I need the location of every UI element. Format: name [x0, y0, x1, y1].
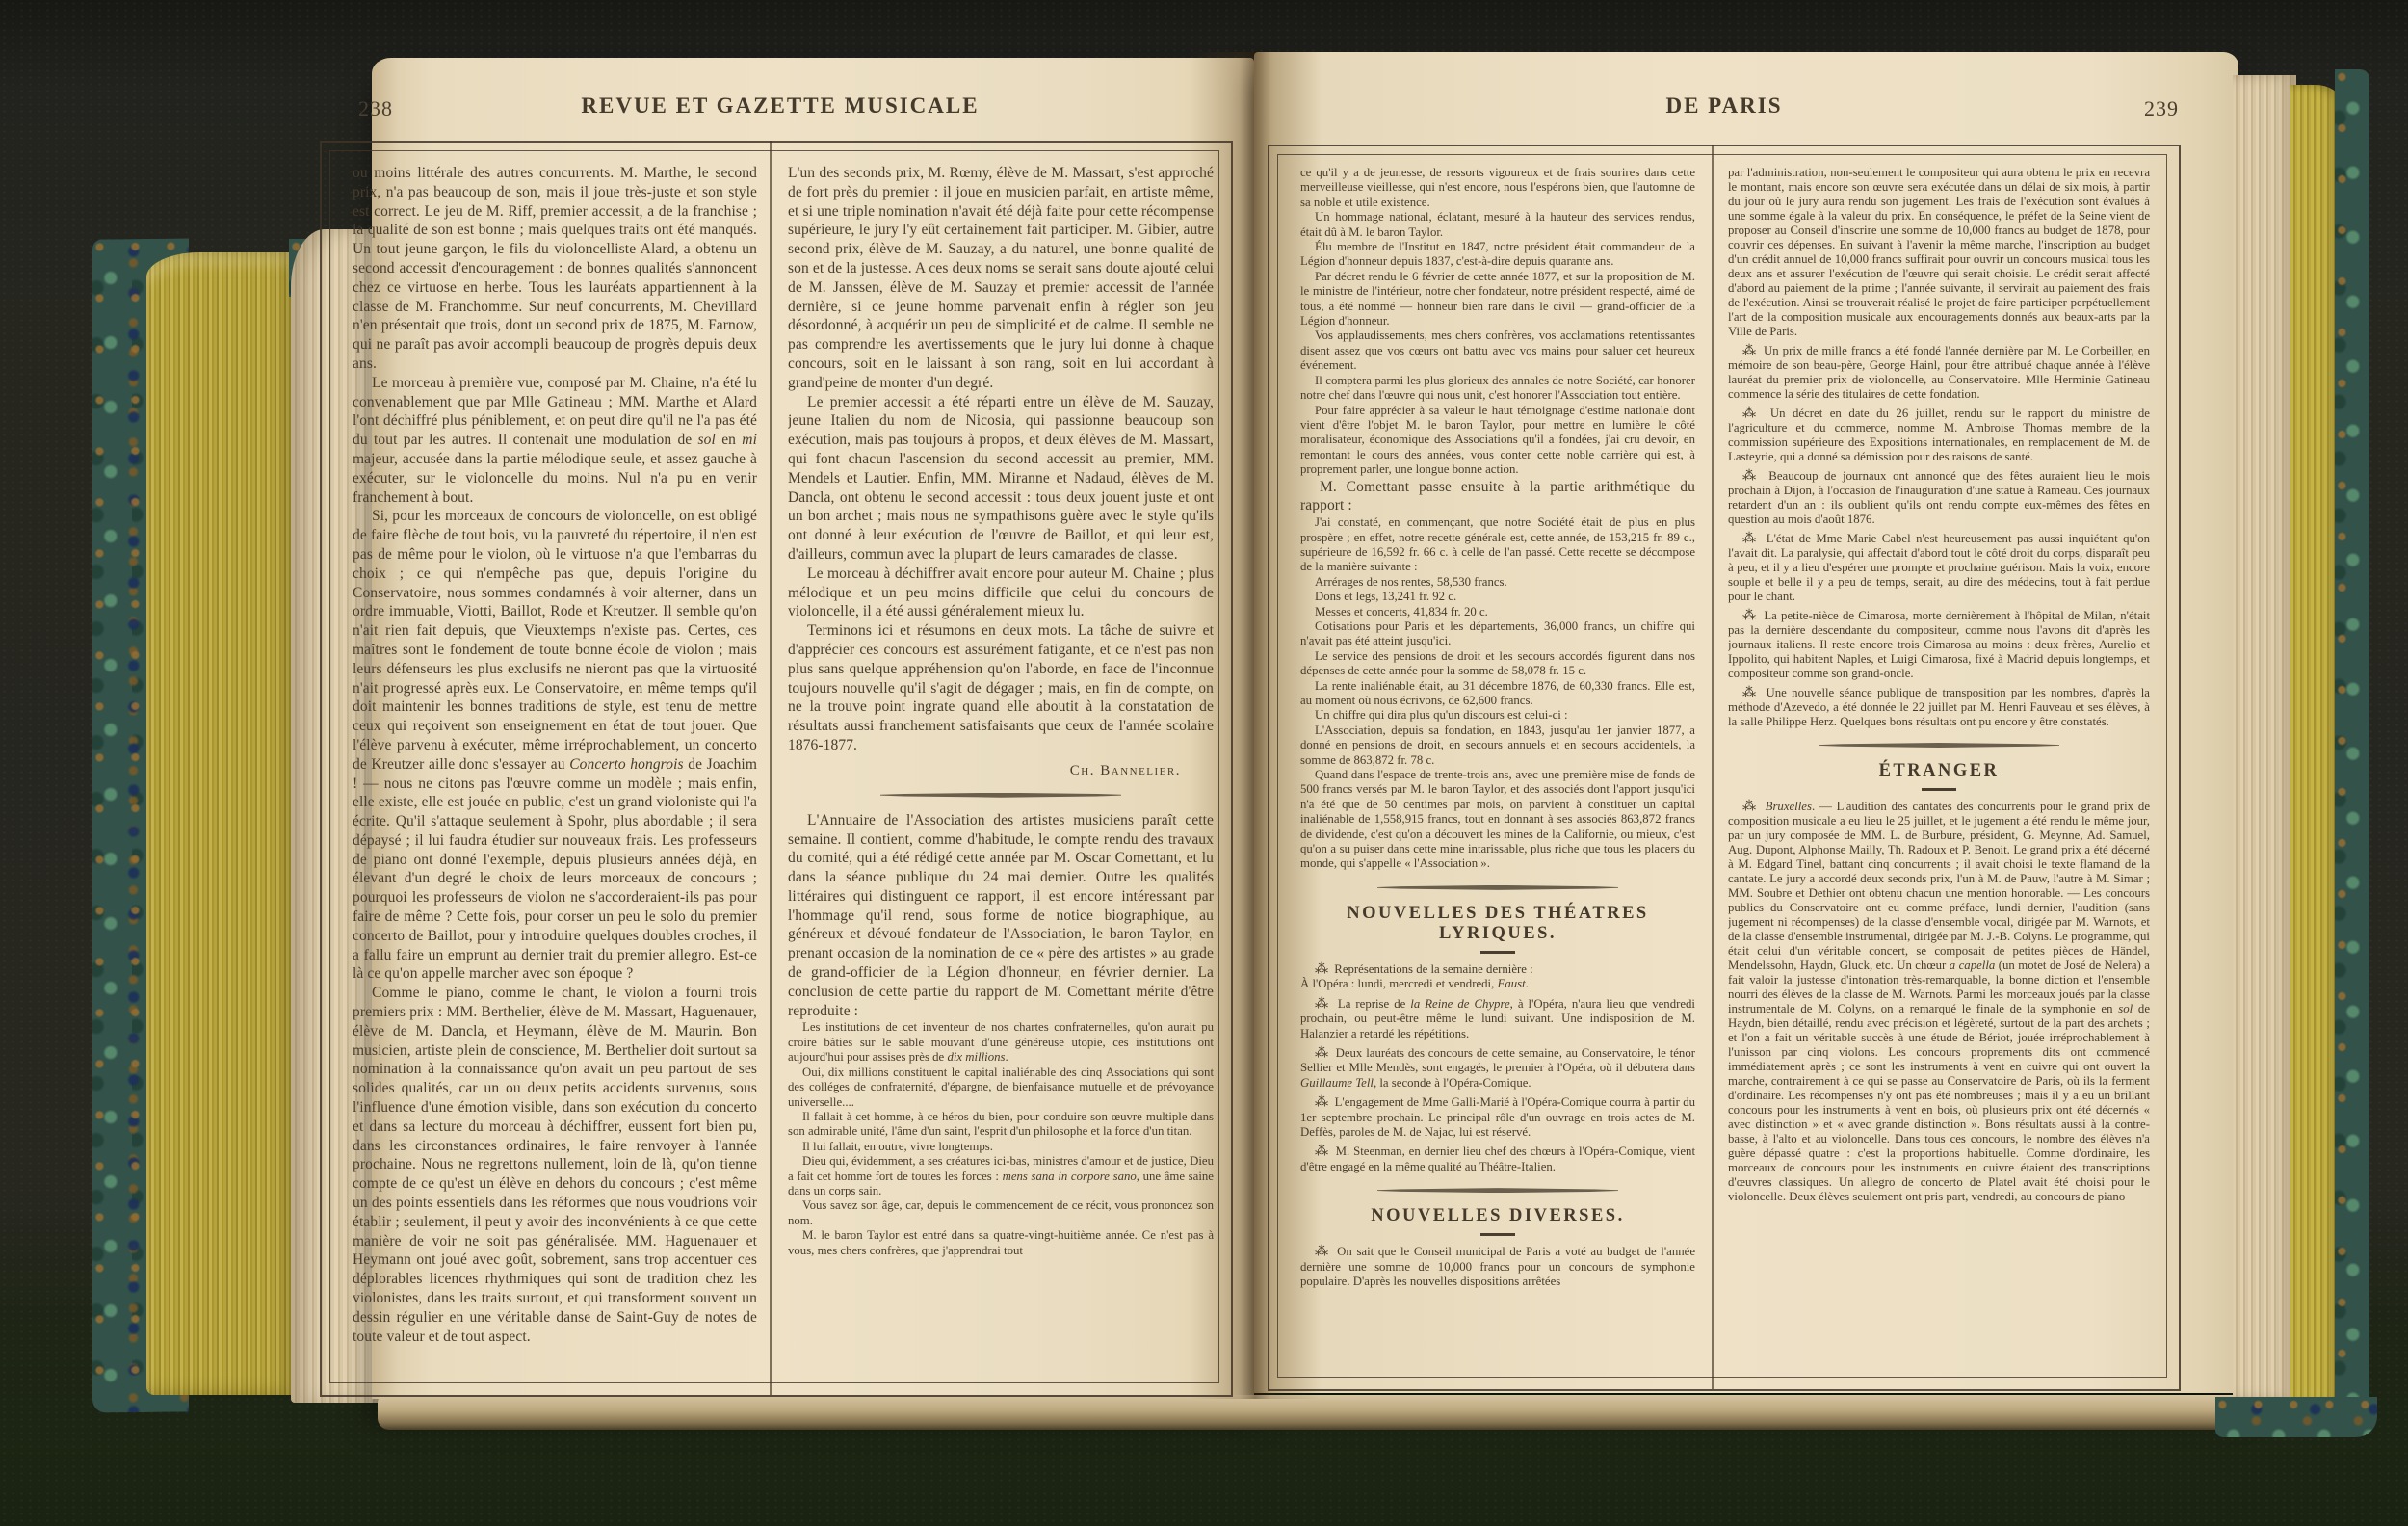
- column-divider-left-page: [770, 141, 772, 1395]
- asterism-icon: ⁂: [1315, 1045, 1329, 1061]
- section-heading: NOUVELLES DIVERSES.: [1300, 1206, 1695, 1236]
- book-cover-bottom-right-corner: [2215, 1397, 2377, 1437]
- news-item: ⁂ Un prix de mille francs a été fondé l'…: [1728, 344, 2150, 402]
- running-title-left: REVUE ET GAZETTE MUSICALE: [327, 93, 1233, 118]
- asterism-icon: ⁂: [1315, 1144, 1329, 1159]
- right-page-column-1: ce qu'il y a de jeunesse, de ressorts vi…: [1300, 166, 1695, 1376]
- news-item: ⁂ L'état de Mme Marie Cabel n'est heureu…: [1728, 532, 2150, 604]
- paragraph: par l'administration, non-seulement le c…: [1728, 166, 2150, 339]
- scanned-book-spread: 238 REVUE ET GAZETTE MUSICALE DE PARIS 2…: [0, 0, 2408, 1526]
- asterism-icon: ⁂: [1742, 799, 1758, 814]
- paragraph: L'un des seconds prix, M. Rœmy, élève de…: [788, 164, 1214, 393]
- running-title-right: DE PARIS: [1271, 93, 2177, 118]
- paragraph: Il lui fallait, en outre, vivre longtemp…: [788, 1140, 1214, 1154]
- asterism-icon: ⁂: [1315, 996, 1330, 1012]
- paragraph: Le morceau à première vue, composé par M…: [353, 374, 757, 508]
- asterism-icon: ⁂: [1742, 406, 1760, 421]
- heading-underline: [1922, 788, 1956, 791]
- asterism-icon: ⁂: [1742, 685, 1758, 700]
- author-signature: Ch. Bannelier.: [788, 763, 1214, 779]
- paragraph: À l'Opéra : lundi, mercredi et vendredi,…: [1300, 977, 1695, 991]
- paragraph: Vos applaudissements, mes chers confrère…: [1300, 329, 1695, 373]
- asterism-icon: ⁂: [1315, 1094, 1328, 1110]
- asterism-icon: ⁂: [1742, 343, 1757, 358]
- asterism-icon: ⁂: [1315, 961, 1328, 977]
- paragraph: La rente inaliénable était, au 31 décemb…: [1300, 679, 1695, 709]
- news-item: ⁂ La petite-nièce de Cimarosa, morte der…: [1728, 609, 2150, 681]
- news-item: ⁂ La reprise de la Reine de Chypre, à l'…: [1300, 997, 1695, 1041]
- paragraph: Arrérages de nos rentes, 58,530 francs.: [1300, 575, 1695, 590]
- news-item: ⁂ Bruxelles. — L'audition des cantates d…: [1728, 800, 2150, 1204]
- left-page-column-1: ou moins littérale des autres concurrent…: [353, 164, 757, 1380]
- news-item: ⁂ L'engagement de Mme Galli-Marié à l'Op…: [1300, 1095, 1695, 1140]
- paragraph: Le service des pensions de droit et les …: [1300, 649, 1695, 679]
- paragraph: L'Association, depuis sa fondation, en 1…: [1300, 724, 1695, 768]
- news-item: ⁂ On sait que le Conseil municipal de Pa…: [1300, 1245, 1695, 1289]
- paragraph: Terminons ici et résumons en deux mots. …: [788, 621, 1214, 755]
- paragraph: M. le baron Taylor est entré dans sa qua…: [788, 1228, 1214, 1258]
- asterism-icon: ⁂: [1742, 608, 1757, 623]
- paragraph: Élu membre de l'Institut en 1847, notre …: [1300, 240, 1695, 270]
- paragraph: Messes et concerts, 41,834 fr. 20 c.: [1300, 605, 1695, 619]
- left-page-column-2: L'un des seconds prix, M. Rœmy, élève de…: [788, 164, 1214, 1380]
- paragraph: Un chiffre qui dira plus qu'un discours …: [1300, 708, 1695, 723]
- news-item: ⁂ Un décret en date du 26 juillet, rendu…: [1728, 407, 2150, 464]
- separator-rule: [1377, 885, 1618, 890]
- column-divider-right-page: [1712, 145, 1714, 1389]
- paragraph: Un hommage national, éclatant, mesuré à …: [1300, 210, 1695, 240]
- paragraph: ou moins littérale des autres concurrent…: [353, 164, 757, 374]
- paragraph: Dons et legs, 13,241 fr. 92 c.: [1300, 590, 1695, 604]
- paragraph: Vous savez son âge, car, depuis le comme…: [788, 1198, 1214, 1228]
- paragraph: Il comptera parmi les plus glorieux des …: [1300, 374, 1695, 404]
- paragraph: Quand dans l'espace de trente-trois ans,…: [1300, 768, 1695, 872]
- paragraph: Comme le piano, comme le chant, le violo…: [353, 984, 757, 1346]
- page-stack-right: [2233, 75, 2296, 1401]
- paragraph: Le premier accessit a été réparti entre …: [788, 393, 1214, 565]
- paragraph: Il fallait à cet homme, à ce héros du bi…: [788, 1110, 1214, 1140]
- page-number-right: 239: [2119, 96, 2179, 121]
- paragraph: Oui, dix millions constituent le capital…: [788, 1066, 1214, 1110]
- news-item: ⁂ Beaucoup de journaux ont annoncé que d…: [1728, 469, 2150, 527]
- right-page-column-2: par l'administration, non-seulement le c…: [1728, 166, 2150, 1376]
- page-edges-left: [146, 252, 299, 1395]
- paragraph: Pour faire apprécier à sa valeur le haut…: [1300, 404, 1695, 478]
- paragraph: Si, pour les morceaux de concours de vio…: [353, 507, 757, 984]
- paragraph: L'Annuaire de l'Association des artistes…: [788, 811, 1214, 1021]
- paragraph: Dieu qui, évidemment, a ses créatures ic…: [788, 1154, 1214, 1198]
- asterism-icon: ⁂: [1742, 531, 1758, 546]
- separator-rule: [880, 793, 1121, 798]
- paragraph: ce qu'il y a de jeunesse, de ressorts vi…: [1300, 166, 1695, 210]
- page-edges-right: [2290, 85, 2341, 1405]
- asterism-icon: ⁂: [1315, 1244, 1330, 1259]
- paragraph: J'ai constaté, en commençant, que notre …: [1300, 515, 1695, 575]
- heading-underline: [1480, 1233, 1515, 1236]
- section-heading-text: NOUVELLES DES THÉATRES LYRIQUES.: [1300, 904, 1695, 944]
- news-item: ⁂ Représentations de la semaine dernière…: [1300, 962, 1695, 977]
- news-item: ⁂ Une nouvelle séance publique de transp…: [1728, 686, 2150, 729]
- separator-rule: [1377, 1188, 1618, 1193]
- paragraph: Les institutions de cet inventeur de nos…: [788, 1020, 1214, 1065]
- paragraph: Le morceau à déchiffrer avait encore pou…: [788, 565, 1214, 621]
- section-heading: ÉTRANGER: [1728, 761, 2150, 791]
- section-heading-text: ÉTRANGER: [1728, 761, 2150, 781]
- section-heading-text: NOUVELLES DIVERSES.: [1300, 1206, 1695, 1226]
- page-stack-bottom: [378, 1395, 2242, 1430]
- book-cover-right-edge: [2335, 69, 2369, 1414]
- asterism-icon: ⁂: [1742, 468, 1760, 484]
- paragraph: Par décret rendu le 6 février de cette a…: [1300, 270, 1695, 329]
- paragraph: M. Comettant passe ensuite à la partie a…: [1300, 478, 1695, 516]
- heading-underline: [1480, 951, 1515, 954]
- separator-rule: [1819, 743, 2059, 748]
- section-heading: NOUVELLES DES THÉATRES LYRIQUES.: [1300, 904, 1695, 954]
- news-item: ⁂ Deux lauréats des concours de cette se…: [1300, 1046, 1695, 1091]
- paragraph: Cotisations pour Paris et les départemen…: [1300, 619, 1695, 649]
- news-item: ⁂ M. Steenman, en dernier lieu chef des …: [1300, 1144, 1695, 1174]
